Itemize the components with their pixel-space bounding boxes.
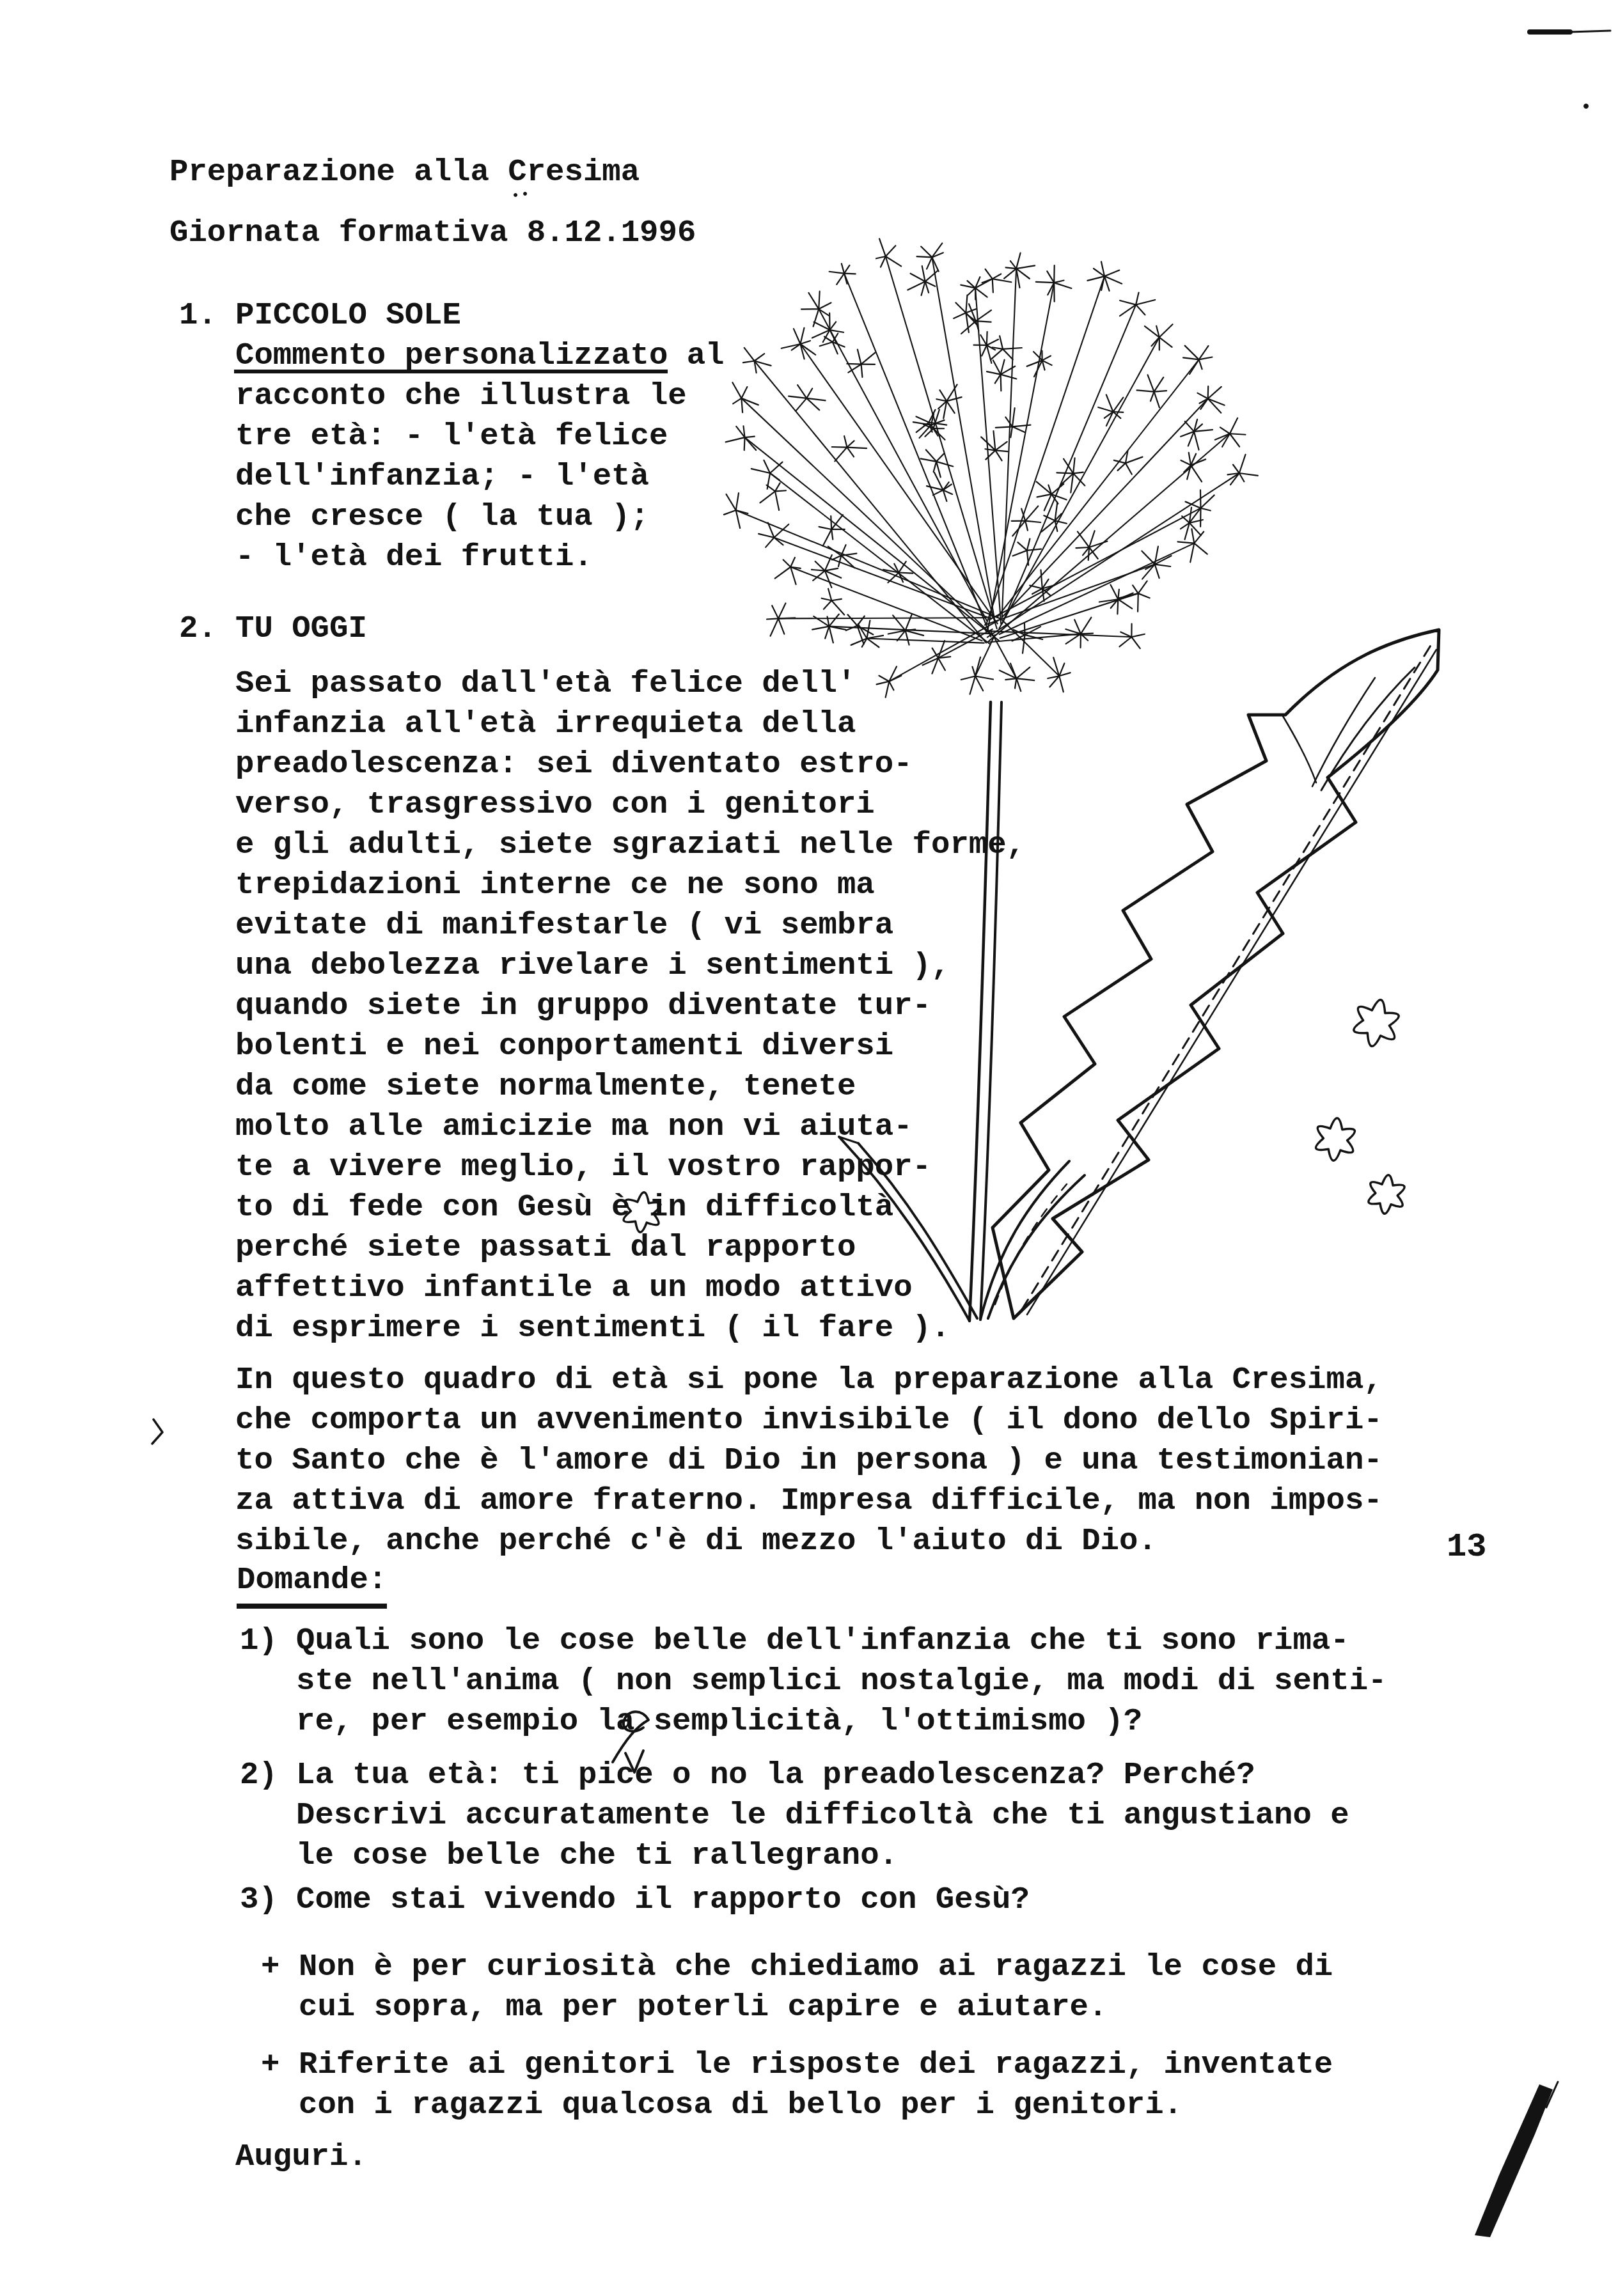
- note1-marker: +: [261, 1947, 279, 1987]
- questions-heading-text: Domande:: [237, 1560, 387, 1609]
- closing-text: Auguri.: [235, 2137, 367, 2177]
- questions-heading: Domande:: [237, 1560, 387, 1609]
- scanned-typewritten-page: { "ink_color": "#131313", "header": { "l…: [0, 0, 1618, 2296]
- page-number: 13: [1447, 1528, 1486, 1566]
- note2-text: Riferite ai genitori le risposte dei rag…: [299, 2045, 1333, 2125]
- note2-marker: +: [261, 2045, 279, 2085]
- note1-text: Non è per curiosità che chiediamo ai rag…: [299, 1947, 1333, 2027]
- question1-text: Quali sono le cose belle dell'infanzia c…: [296, 1621, 1386, 1742]
- document-title: Preparazione alla CresimaGiornata format…: [169, 142, 696, 263]
- question2-text: La tua età: ti pice o no la preadolescen…: [296, 1755, 1349, 1876]
- cresima-paragraph: In questo quadro di età si pone la prepa…: [235, 1360, 1383, 1561]
- question2-marker: 2): [240, 1755, 278, 1795]
- underline-commento-personalizzato: [234, 370, 668, 373]
- question3-text: Come stai vivendo il rapporto con Gesù?: [296, 1880, 1030, 1920]
- question1-marker: 1): [240, 1621, 278, 1661]
- section2-number: 2.: [179, 609, 217, 649]
- section2-heading: TU OGGI: [235, 609, 367, 649]
- question3-marker: 3): [240, 1880, 278, 1920]
- section2-text: Sei passato dall'età felice dell'infanzi…: [235, 664, 1025, 1348]
- section1-number: 1.: [179, 295, 217, 336]
- section1-heading: PICCOLO SOLE: [235, 295, 461, 336]
